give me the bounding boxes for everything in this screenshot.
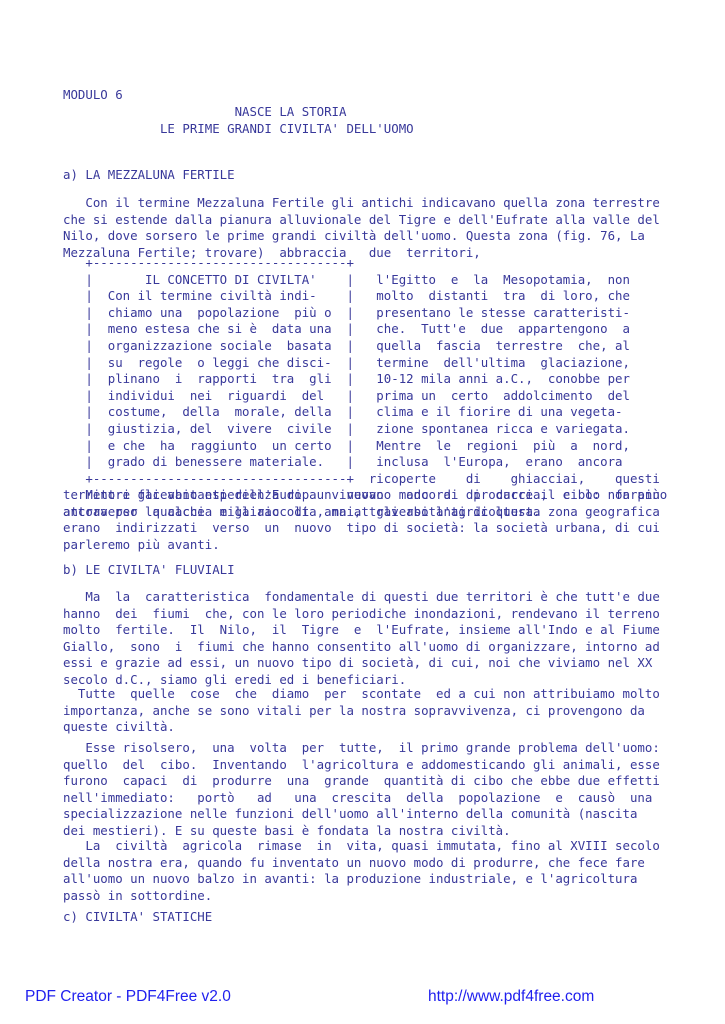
food-problem-paragraph: Esse risolsero, una volta per tutte, il … xyxy=(63,740,660,840)
section-heading-b: b) LE CIVILTA' FLUVIALI xyxy=(63,562,235,579)
intro-paragraph: Con il termine Mezzaluna Fertile gli ant… xyxy=(63,195,660,261)
agricultural-paragraph: La civiltà agricola rimase in vita, quas… xyxy=(63,838,660,904)
section-heading-c: c) CIVILTA' STATICHE xyxy=(63,909,212,926)
section-heading-a: a) LA MEZZALUNA FERTILE xyxy=(63,167,235,184)
granted-things-paragraph: Tutte quelle cose che diamo per scontate… xyxy=(63,686,660,736)
pdf-creator-label: PDF Creator - PDF4Free v2.0 xyxy=(25,988,231,1006)
pdf-page: { "colors": { "body_text": "#38389a", "f… xyxy=(0,0,725,1024)
pdf4free-link[interactable]: http://www.pdf4free.com xyxy=(428,988,594,1006)
europe-paragraph: Mentre gli abitanti dell'Europa vivevano… xyxy=(63,487,667,553)
document-title: NASCE LA STORIA LE PRIME GRANDI CIVILTA'… xyxy=(63,104,414,137)
module-heading: MODULO 6 xyxy=(63,87,123,104)
concept-box-section: +----------------------------------+ | I… xyxy=(63,255,660,521)
rivers-paragraph: Ma la caratteristica fondamentale di que… xyxy=(63,589,660,689)
